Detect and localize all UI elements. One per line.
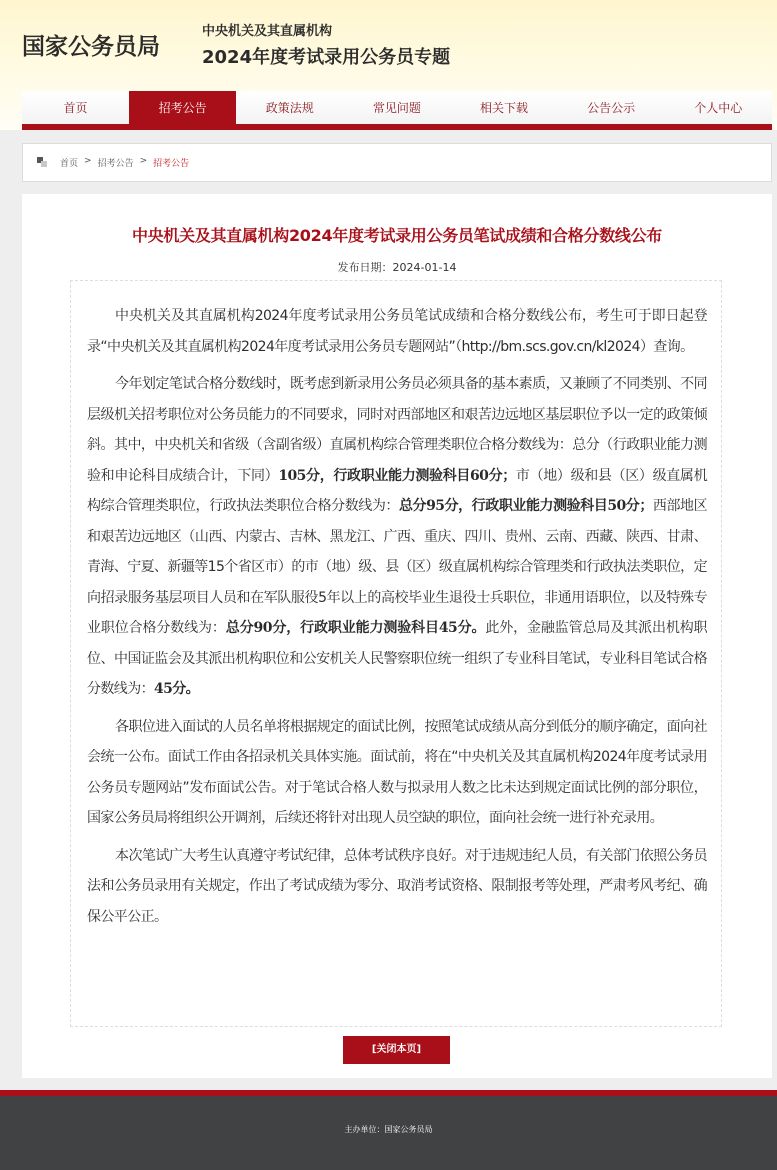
site-logo[interactable]: 国家公务员局: [22, 28, 160, 61]
article-body: 中央机关及其直属机构2024年度考试录用公务员笔试成绩和合格分数线公布，考生可于…: [70, 280, 722, 1027]
close-page-button[interactable]: [关闭本页]: [343, 1036, 450, 1064]
breadcrumb: 首页 > 招考公告 > 招考公告: [22, 143, 772, 182]
article-bold-text: 总分95分，行政职业能力测验科目50分；: [399, 498, 653, 514]
nav-item-home[interactable]: 首页: [22, 91, 129, 124]
footer-sponsor-text: 主办单位：国家公务员局: [0, 1124, 777, 1135]
article-bold-text: 45分。: [154, 681, 199, 697]
article-paragraph: 今年划定笔试合格分数线时，既考虑到新录用公务员必须具备的基本素质，又兼顾了不同类…: [87, 369, 707, 705]
site-subtitle-line1: 中央机关及其直属机构: [202, 20, 332, 39]
article-bold-text: 总分90分，行政职业能力测验科目45分。: [226, 620, 486, 636]
nav-item-policies[interactable]: 政策法规: [236, 91, 343, 124]
site-subtitle-line2: 2024年度考试录用公务员专题: [202, 43, 450, 69]
breadcrumb-current[interactable]: 招考公告: [153, 156, 189, 169]
nav-item-faq[interactable]: 常见问题: [343, 91, 450, 124]
article-paragraph: 中央机关及其直属机构2024年度考试录用公务员笔试成绩和合格分数线公布，考生可于…: [87, 301, 707, 362]
article-paragraph: 各职位进入面试的人员名单将根据规定的面试比例，按照笔试成绩从高分到低分的顺序确定…: [87, 712, 707, 834]
article-title: 中央机关及其直属机构2024年度考试录用公务员笔试成绩和合格分数线公布: [22, 223, 772, 246]
breadcrumb-separator: >: [140, 156, 148, 169]
breadcrumb-separator: >: [84, 156, 92, 169]
article-bold-text: 105分，行政职业能力测验科目60分；: [278, 468, 515, 484]
nav-item-announcements[interactable]: 招考公告: [129, 91, 236, 124]
article-paragraph: 本次笔试广大考生认真遵守考试纪律，总体考试秩序良好。对于违规违纪人员，有关部门依…: [87, 841, 707, 933]
main-nav: 首页 招考公告 政策法规 常见问题 相关下载 公告公示 个人中心: [22, 91, 772, 130]
breadcrumb-home-icon: [37, 157, 47, 167]
nav-item-personal-center[interactable]: 个人中心: [665, 91, 772, 124]
article-panel: 中央机关及其直属机构2024年度考试录用公务员笔试成绩和合格分数线公布 发布日期…: [22, 194, 772, 1078]
site-footer: 主办单位：国家公务员局: [0, 1096, 777, 1170]
breadcrumb-announcements-link[interactable]: 招考公告: [98, 156, 134, 169]
article-text: 西部地区和艰苦边远地区（山西、内蒙古、吉林、黑龙江、广西、重庆、四川、贵州、云南…: [87, 498, 707, 636]
nav-item-downloads[interactable]: 相关下载: [451, 91, 558, 124]
nav-item-notices[interactable]: 公告公示: [558, 91, 665, 124]
breadcrumb-home-link[interactable]: 首页: [60, 156, 78, 169]
article-date: 发布日期：2024-01-14: [22, 259, 772, 275]
